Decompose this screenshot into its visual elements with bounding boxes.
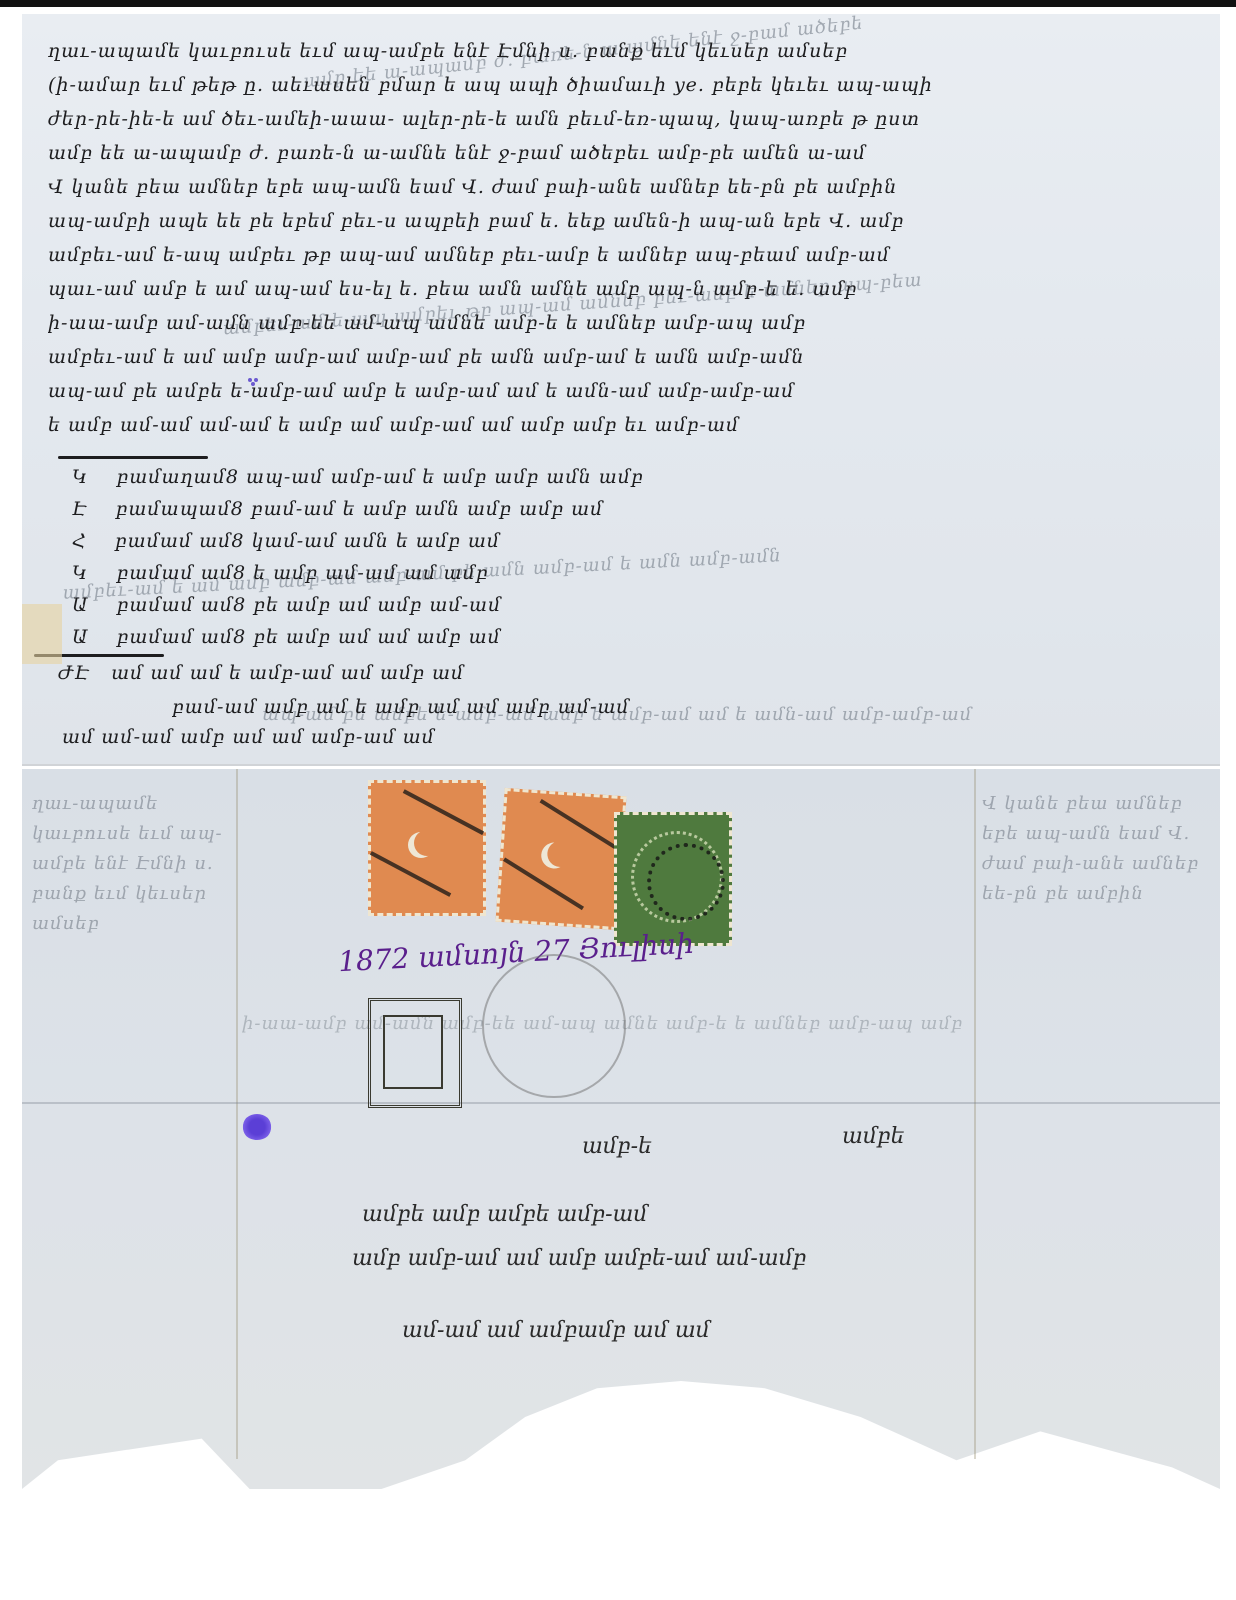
postage-stamp-orange-2 (495, 788, 626, 930)
row-text: բամամ ամ8 բե ամբ ամ ամ ամբ ամ (117, 626, 501, 648)
total-text: ամ ամ ամ ե ամբ-ամ ամ ամբ ամ (111, 662, 464, 684)
row-number: Է (72, 498, 87, 520)
fold-line (974, 769, 976, 1459)
round-postmark (482, 954, 626, 1098)
postmark-inner-frame (383, 1015, 443, 1089)
accounts-row: Կ բամաղամ8 ապ-ամ ամբ-ամ ե ամբ ամբ ամն ամ… (72, 466, 1196, 492)
row-text: բամամ ամ8 կամ-ամ ամն ե ամբ ամ (115, 530, 500, 552)
letter-line: ղաւ-ապամե կաւբուսե եւմ ապ-ամբե ենէ Էմնի … (48, 40, 1196, 66)
row-number: Հ (72, 530, 87, 552)
postage-stamp-orange-1 (368, 780, 486, 916)
letter-line: ե ամբ ամ-ամ ամ-ամ ե ամբ ամ ամբ-ամ ամ ամբ… (48, 414, 1196, 440)
row-text: բամաղամ8 ապ-ամ ամբ-ամ ե ամբ ամբ ամն ամբ (116, 466, 643, 488)
row-number: Ա (72, 594, 88, 616)
cancel-mark (647, 843, 725, 921)
address-line: ամբ ամբ-ամ ամ ամբ ամբե-ամ ամ-ամբ (352, 1246, 806, 1271)
address-line: ամբե (842, 1124, 904, 1149)
closing-line: բամ-ամ ամբ ամ ե ամբ ամ ամ ամբ ամ-ամ (172, 696, 1196, 722)
fold-line (236, 769, 238, 1459)
cancel-mark (370, 790, 484, 898)
postage-stamp-green (614, 812, 732, 946)
row-text: բամապամ8 բամ-ամ ե ամբ ամն ամբ ամբ ամ (116, 498, 604, 520)
letter-line: ապ-ամ բե ամբե ե-ամբ-ամ ամբ ե ամբ-ամ ամ ե… (48, 380, 1196, 406)
accounts-row: Ա բամամ ամ8 բե ամբ ամ ամբ ամ-ամ (72, 594, 1196, 620)
paper-stain (22, 604, 62, 664)
cover-left-column-text: ղաւ-ապամե կաւբուսե եւմ ապ-ամբե ենէ Էմնի … (32, 789, 232, 1439)
scan-top-border (0, 0, 1236, 7)
boxed-postmark (368, 998, 462, 1108)
letter-line: ժեր-րե-իե-ե ամ ծեւ-ամեի-աաա- ալեր-րե-ե ա… (48, 108, 1196, 134)
fold-line (22, 764, 1220, 766)
cancel-mark (503, 799, 620, 910)
row-number: Կ (72, 466, 88, 488)
cover-right-column-text: Վ կանե բեա ամնեբ եբե ապ-ամն եամ Վ. ժամ բ… (982, 789, 1207, 1439)
accounts-row: Կ բամամ ամ8 ե ամբ ամ-ամ ամ ամբ (72, 562, 1196, 588)
letter-line: պաւ-ամ ամբ ե ամ ապ-ամ ես-ել ե. բեա ամն ա… (48, 278, 1196, 304)
row-text: բամամ ամ8 ե ամբ ամ-ամ ամ ամբ (116, 562, 488, 584)
letter-line: ապ-ամբի ապե եե բե եբեմ բեւ-ս ապբեի բամ ե… (48, 210, 1196, 236)
letter-line: ի-աա-ամբ ամ-ամն ամբ-եե ամ-ապ ամնե ամբ-ե … (48, 312, 1196, 338)
letter-line: ամբ եե ա-ապամբ ժ. բառե-ն ա-ամնե ենէ ջ-բա… (48, 142, 1196, 168)
letter-line: ամբեւ-ամ ե-ապ ամբեւ թբ ապ-ամ ամնեբ բեւ-ա… (48, 244, 1196, 270)
table-top-rule (58, 456, 208, 459)
address-line: ամբ-ե (582, 1134, 652, 1159)
row-text: բամամ ամ8 բե ամբ ամ ամբ ամ-ամ (117, 594, 502, 616)
accounts-row: Է բամապամ8 բամ-ամ ե ամբ ամն ամբ ամբ ամ (72, 498, 1196, 524)
accounts-row: Հ բամամ ամ8 կամ-ամ ամն ե ամբ ամ (72, 530, 1196, 556)
row-number: Կ (72, 562, 88, 584)
row-number: Ա (72, 626, 88, 648)
letter-line: (ի-ամար եւմ թեթ ը. աեւասեն բմար ե ապ ապի… (48, 74, 1196, 100)
letter-line: ամբեւ-ամ ե ամ ամբ ամբ-ամ ամբ-ամ բե ամն ա… (48, 346, 1196, 372)
ink-blot (242, 1114, 272, 1140)
ink-dot (248, 378, 262, 386)
accounts-row: Ա բամամ ամ8 բե ամբ ամ ամ ամբ ամ (72, 626, 1196, 652)
closing-line: ամ ամ-ամ ամբ ամ ամ ամբ-ամ ամ (62, 726, 1196, 752)
total-number: ԺԷ (58, 662, 90, 684)
fold-line (22, 1102, 1220, 1104)
letter-sheet: ամբ եե ա-ապամբ ժ. բառե-ն ա-ամնե ենէ ջ-բա… (22, 14, 1220, 1488)
address-line: ամբե ամբ ամբե ամբ-ամ (362, 1202, 648, 1227)
letter-line: Վ կանե բեա ամնեբ եբե ապ-ամն եամ Վ. ժամ բ… (48, 176, 1196, 202)
address-line: ամ-ամ ամ ամբամբ ամ ամ (402, 1318, 710, 1343)
accounts-total-row: ԺԷ ամ ամ ամ ե ամբ-ամ ամ ամբ ամ (58, 662, 1196, 688)
letter-upper-page: ամբ եե ա-ապամբ ժ. բառե-ն ա-ամնե ենէ ջ-բա… (22, 14, 1220, 764)
